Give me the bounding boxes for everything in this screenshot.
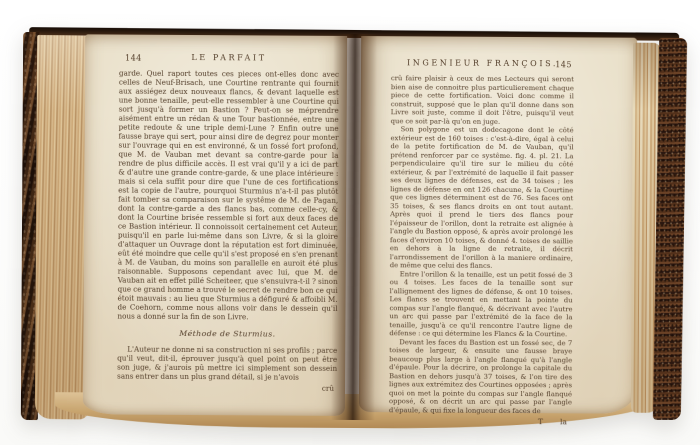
right-text-column: INGENIEUR FRANÇOIS. 145 crû faire plaisi… xyxy=(389,58,574,426)
right-catchword: la xyxy=(560,417,567,426)
left-body-text-after-heading: L'Auteur ne donne ni sa construction ni … xyxy=(117,345,337,382)
left-page: 144 LE PARFAIT garde. Quel raport toutes… xyxy=(83,34,347,416)
right-cover-board xyxy=(653,38,687,420)
signature-row: T la xyxy=(389,416,572,426)
right-running-head: INGENIEUR FRANÇOIS. xyxy=(391,58,574,68)
open-book: 144 LE PARFAIT garde. Quel raport toutes… xyxy=(21,26,687,432)
paragraph: crû faire plaisir à ceux de mes Lecteurs… xyxy=(391,74,574,126)
left-body-text: garde. Quel raport toutes ces pieces ont… xyxy=(117,69,339,322)
paragraph: Devant les faces du Bastion est un fossé… xyxy=(389,338,572,416)
section-heading: Méthode de Sturmius. xyxy=(117,329,337,339)
catchword-text: crû xyxy=(322,384,334,393)
left-catchword: crû xyxy=(117,383,337,393)
right-page-header: INGENIEUR FRANÇOIS. 145 xyxy=(391,58,574,72)
right-page: INGENIEUR FRANÇOIS. 145 crû faire plaisi… xyxy=(359,36,637,414)
signature-mark: T xyxy=(538,417,543,426)
paragraph: garde. Quel raport toutes ces pieces ont… xyxy=(117,69,339,322)
paragraph: Entre l'orillon & la tenaille, est un pe… xyxy=(389,270,572,339)
right-body-text: crû faire plaisir à ceux de mes Lecteurs… xyxy=(389,74,574,415)
paragraph: Son polygone est un dodecagone dont le c… xyxy=(390,125,574,271)
left-running-head: LE PARFAIT xyxy=(119,53,339,63)
book-photo: 144 LE PARFAIT garde. Quel raport toutes… xyxy=(0,0,700,445)
right-page-number: 145 xyxy=(555,60,572,69)
left-page-header: 144 LE PARFAIT xyxy=(119,53,339,67)
paragraph: L'Auteur ne donne ni sa construction ni … xyxy=(117,345,337,382)
left-text-column: 144 LE PARFAIT garde. Quel raport toutes… xyxy=(117,53,339,393)
